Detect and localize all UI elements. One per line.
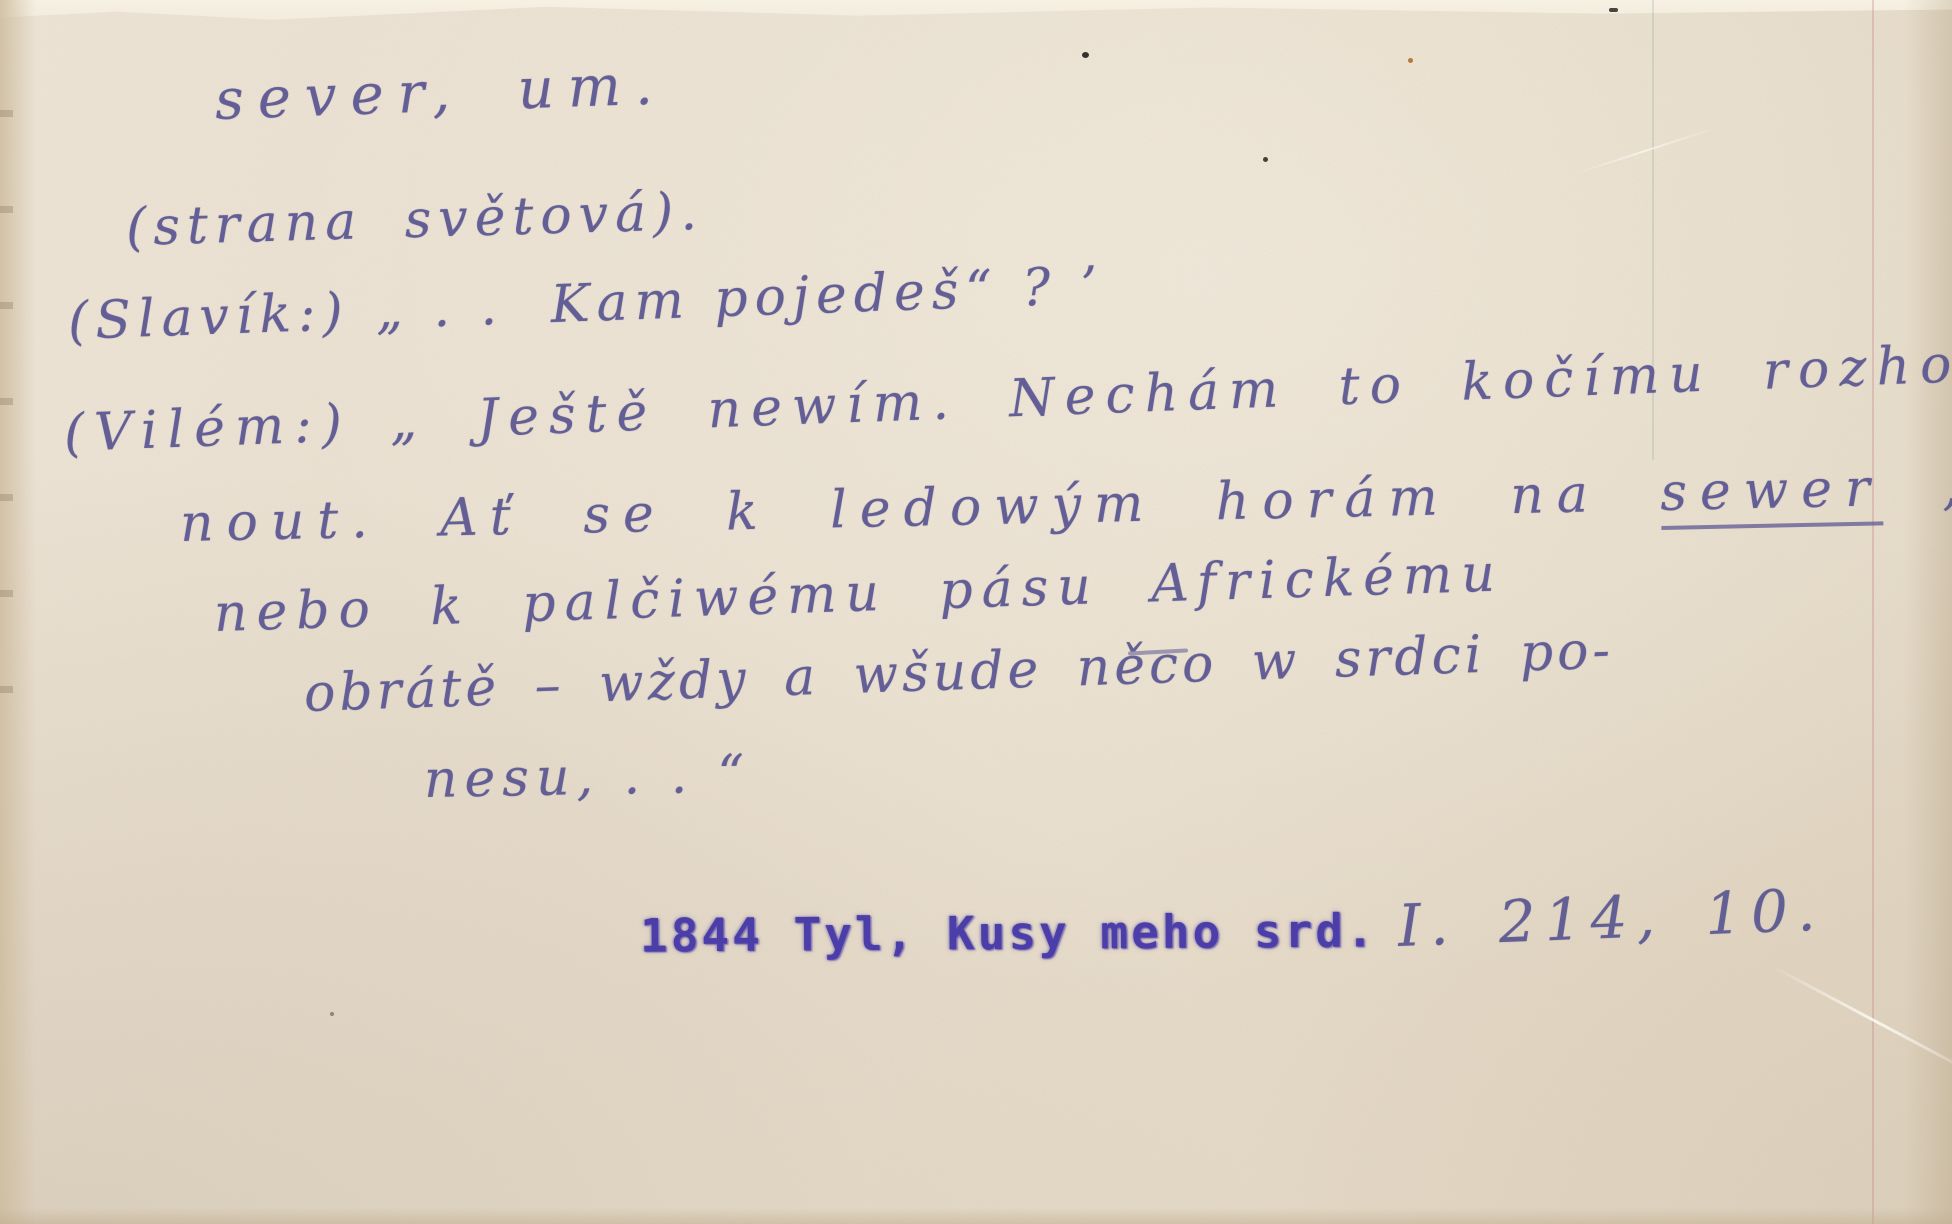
dialogue-text-vilem: „ Ještě newím. Nechám to kočímu rozhod- (389, 332, 1952, 452)
bottom-paper-edge (0, 1208, 1952, 1224)
scanned-excerpt-card: sever, um. (strana světová). (Slavík:)„ … (0, 0, 1952, 1224)
paper-speck (1609, 8, 1618, 12)
quote-text: , (1882, 456, 1952, 518)
quote-text: nout. Ať se k ledowým horám na (179, 463, 1661, 554)
paper-speck (1082, 52, 1089, 58)
paper-speck (1263, 157, 1268, 162)
left-edge-marks (0, 110, 13, 750)
dialogue-line-slavik: (Slavík:)„ . . Kam pojedeš“ ? ’ (67, 256, 1105, 352)
source-stamp: 1844 Tyl, Kusy meho srd. (640, 903, 1377, 962)
dialogue-line-vilem: (Vilém:)„ Ještě newím. Nechám to kočímu … (63, 332, 1952, 464)
paper-speck (330, 1012, 334, 1016)
quote-closing-line: nesu, . . “ (423, 744, 751, 810)
quote-continuation-line-3: obrátě – wždy a wšude něco w srdci po- (303, 621, 1615, 724)
speaker-label-vilem: (Vilém:) (63, 393, 353, 464)
speaker-label-slavik: (Slavík:) (67, 282, 351, 352)
sense-note: (strana světová). (125, 182, 704, 258)
quote-continuation-line-2: nebo k palčiwému pásu Africkému (213, 543, 1505, 643)
top-paper-edge (0, 0, 1952, 34)
headword: sever, um. (214, 52, 668, 133)
underlined-word-sever: sewer (1660, 458, 1884, 530)
dialogue-text-slavik: „ . . Kam pojedeš“ ? ’ (375, 256, 1106, 341)
volume-page-reference: I. 214, 10. (1397, 876, 1826, 960)
quote-continuation-line-1: nout. Ať se k ledowým horám na sewer , (179, 456, 1952, 554)
paper-crease (1573, 127, 1716, 175)
vertical-pink-line (1872, 0, 1874, 1224)
paper-speck (1408, 58, 1413, 63)
